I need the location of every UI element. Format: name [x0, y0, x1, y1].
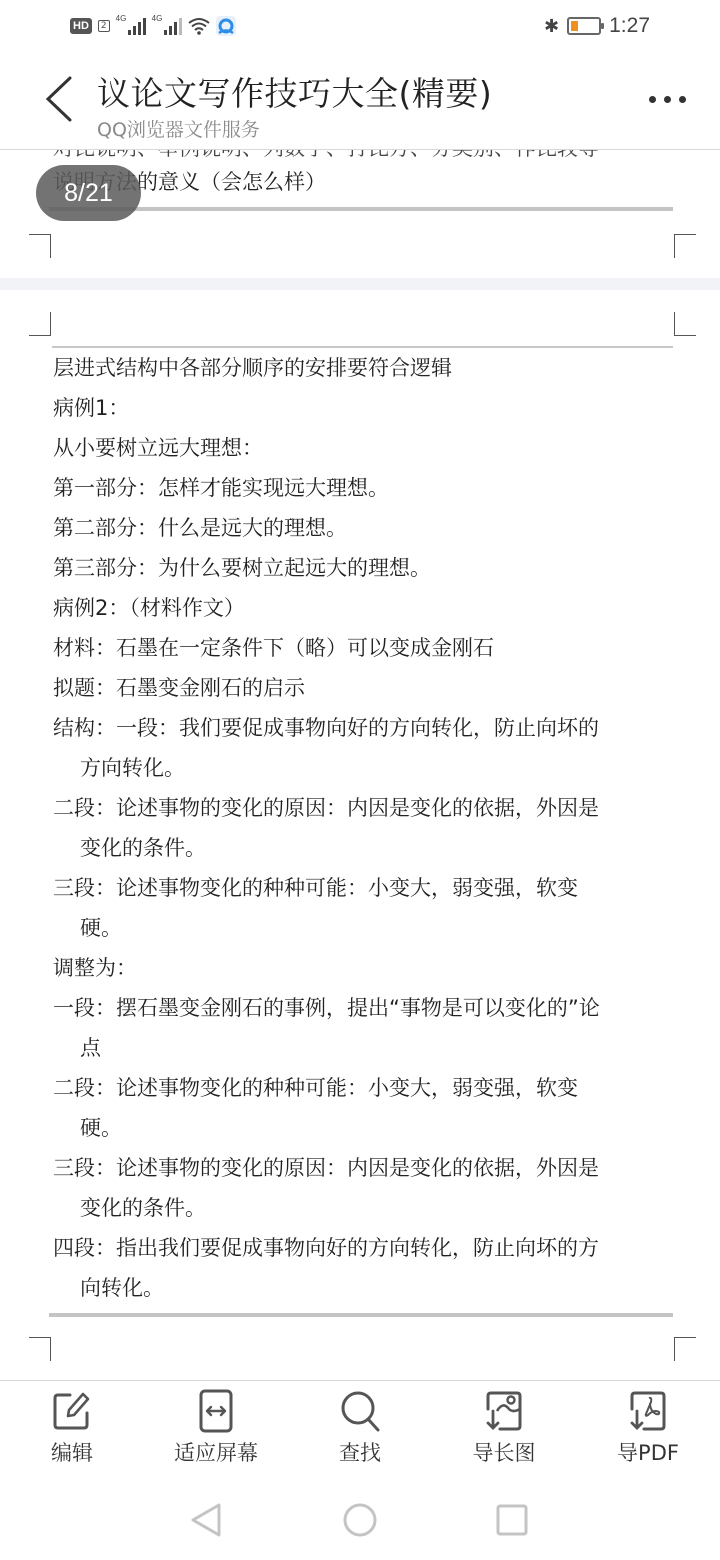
text-line: 硬。	[80, 1108, 122, 1148]
text-line: 第一部分：怎样才能实现远大理想。	[53, 468, 389, 508]
dot-icon	[649, 96, 656, 103]
text-line: 材料：石墨在一定条件下（略）可以变成金刚石	[53, 628, 494, 668]
text-line: 方向转化。	[80, 748, 185, 788]
text-line: 向转化。	[80, 1268, 164, 1308]
sim-slot-icon: 2	[98, 20, 110, 32]
cell-signal-1-icon: 4G	[116, 17, 146, 35]
search-label: 查找	[339, 1437, 381, 1467]
cell-signal-2-icon: 4G	[152, 17, 182, 35]
search-icon	[338, 1389, 382, 1433]
text-line: 二段：论述事物的变化的原因：内因是变化的依据，外因是	[53, 788, 599, 828]
text-line: 变化的条件。	[80, 1188, 206, 1228]
clock: 1:27	[609, 14, 650, 38]
text-line: 病例2：（材料作文）	[53, 588, 245, 628]
document-title: 议论文写作技巧大全(精要)	[97, 68, 492, 115]
document-viewer[interactable]: 对比说明、举例说明、列数字、打比方、分类别、作比较等 说明方法的意义（会怎么样）…	[0, 150, 720, 1380]
text-line: 第二部分：什么是远大的理想。	[53, 508, 347, 548]
export-pdf-icon	[626, 1389, 670, 1433]
edit-button[interactable]: 编辑	[0, 1381, 144, 1480]
back-button[interactable]	[40, 74, 80, 124]
network-type-label: 4G	[152, 14, 163, 23]
text-line: 拟题：石墨变金刚石的启示	[53, 668, 305, 708]
text-line: 三段：论述事物的变化的原因：内因是变化的依据，外因是	[53, 1148, 599, 1188]
export-long-image-icon	[482, 1389, 526, 1433]
battery-level	[571, 21, 578, 31]
page-indicator: 8/21	[36, 165, 141, 221]
text-line: 硬。	[80, 908, 122, 948]
export-pdf-label: 导PDF	[617, 1437, 679, 1467]
text-line: 调整为：	[53, 948, 137, 988]
fit-screen-label: 适应屏幕	[174, 1437, 258, 1467]
text-line: 结构：一段：我们要促成事物向好的方向转化，防止向坏的	[53, 708, 599, 748]
page-corner-mark	[674, 234, 696, 258]
export-long-image-button[interactable]: 导长图	[432, 1381, 576, 1480]
text-line: 点	[80, 1028, 101, 1068]
export-pdf-button[interactable]: 导PDF	[576, 1381, 720, 1480]
nav-recents-button[interactable]	[492, 1500, 532, 1540]
document-source: QQ浏览器文件服务	[97, 115, 260, 142]
edit-label: 编辑	[51, 1437, 93, 1467]
more-options-button[interactable]	[649, 96, 686, 103]
system-nav-bar	[0, 1480, 720, 1560]
network-type-label: 4G	[116, 14, 127, 23]
text-line: 一段：摆石墨变金刚石的事例，提出“事物是可以变化的”论	[53, 988, 600, 1028]
app-header: 议论文写作技巧大全(精要) QQ浏览器文件服务	[0, 56, 720, 150]
fit-screen-button[interactable]: 适应屏幕	[144, 1381, 288, 1480]
text-line: 变化的条件。	[80, 828, 206, 868]
page-footer-rule	[49, 1313, 673, 1317]
battery-icon	[567, 17, 601, 35]
text-line: 从小要树立远大理想：	[53, 428, 263, 468]
nav-home-button[interactable]	[340, 1500, 380, 1540]
bottom-toolbar: 编辑 适应屏幕 查找 导长图 导PDF	[0, 1380, 720, 1480]
status-icons-right: ✱ 1:27	[544, 14, 650, 38]
status-bar: HD 2 4G 4G ✱ 1:27	[0, 0, 720, 56]
page-corner-mark	[29, 312, 51, 336]
wifi-icon	[188, 17, 210, 35]
hd-voice-icon: HD	[70, 18, 92, 34]
page-separator	[0, 278, 720, 290]
page-footer-rule	[49, 207, 673, 211]
edit-icon	[50, 1389, 94, 1433]
nav-back-button[interactable]	[186, 1500, 226, 1540]
current-page: 层进式结构中各部分顺序的安排要符合逻辑病例1：从小要树立远大理想：第一部分：怎样…	[0, 290, 720, 1380]
status-icons-left: HD 2 4G 4G	[70, 16, 236, 36]
page-corner-mark	[674, 1337, 696, 1361]
text-line: 病例1：	[53, 388, 129, 428]
bluetooth-icon: ✱	[544, 16, 559, 37]
export-long-image-label: 导长图	[473, 1437, 536, 1467]
page-corner-mark	[29, 234, 51, 258]
dot-icon	[664, 96, 671, 103]
dot-icon	[679, 96, 686, 103]
text-line: 二段：论述事物变化的种种可能：小变大，弱变强，软变	[53, 1068, 578, 1108]
search-button[interactable]: 查找	[288, 1381, 432, 1480]
text-line: 四段：指出我们要促成事物向好的方向转化，防止向坏的方	[53, 1228, 599, 1268]
qq-browser-notification-icon	[216, 16, 236, 36]
fit-screen-icon	[194, 1389, 238, 1433]
text-line: 层进式结构中各部分顺序的安排要符合逻辑	[53, 348, 452, 388]
page-corner-mark	[29, 1337, 51, 1361]
text-line: 三段：论述事物变化的种种可能：小变大，弱变强，软变	[53, 868, 578, 908]
text-line: 第三部分：为什么要树立起远大的理想。	[53, 548, 431, 588]
page-corner-mark	[674, 312, 696, 336]
